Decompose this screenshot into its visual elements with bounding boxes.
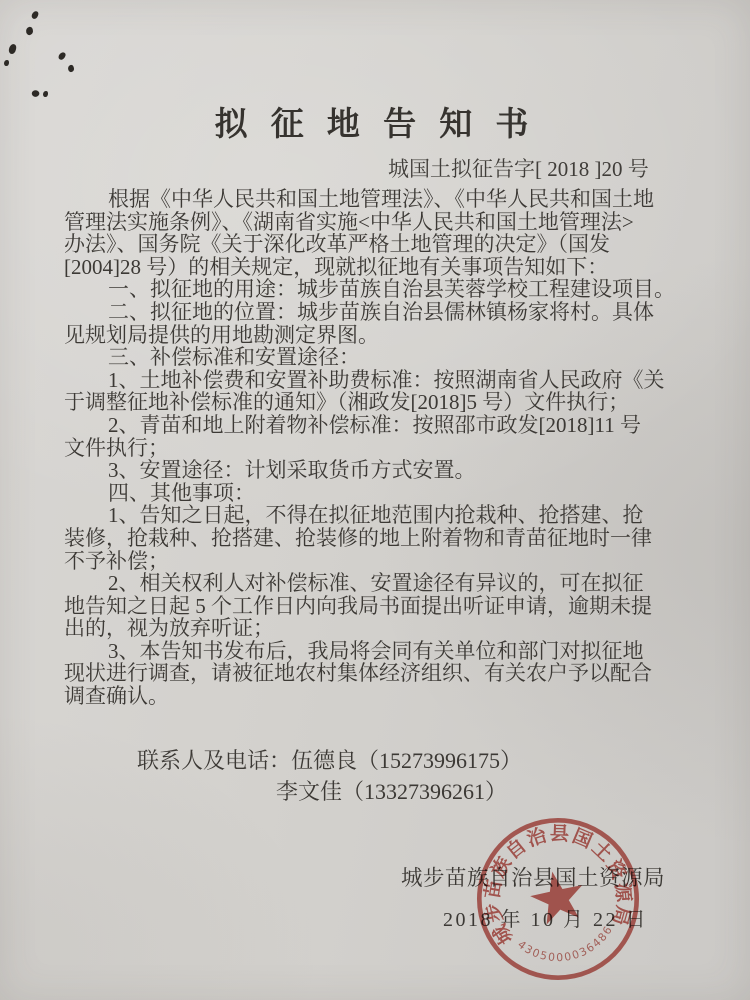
ink-mark — [31, 89, 41, 99]
body-line: 装修，抢栽种、抢搭建、抢装修的地上附着物和青苗征地时一律 — [64, 527, 704, 550]
body-line: 文件执行； — [64, 437, 704, 460]
body-line: 调查确认。 — [64, 685, 704, 708]
body-line: 地告知之日起 5 个工作日内向我局书面提出听证申请，逾期未提 — [64, 595, 704, 618]
body-line: 见规划局提供的用地勘测定界图。 — [64, 324, 704, 347]
ink-mark — [67, 64, 75, 73]
body-line: 3、本告知书发布后，我局将会同有关单位和部门对拟征地 — [64, 640, 704, 663]
body-line: 根据《中华人民共和国土地管理法》、《中华人民共和国土地 — [64, 188, 704, 211]
body-line: 四、其他事项： — [64, 482, 704, 505]
document-page: 拟 征 地 告 知 书 城国土拟征告字[ 2018 ]20 号 根据《中华人民共… — [0, 0, 750, 1000]
ink-mark — [4, 60, 9, 66]
ink-mark — [57, 51, 66, 61]
body-line: 办法》、国务院《关于深化改革严格土地管理的决定》（国发 — [64, 233, 704, 256]
body-line: 1、土地补偿费和安置补助费标准：按照湖南省人民政府《关 — [64, 369, 704, 392]
seal-star-icon — [526, 866, 589, 926]
body-line: 于调整征地补偿标准的通知》（湘政发[2018]5 号）文件执行； — [64, 391, 704, 414]
body-line: 2、青苗和地上附着物补偿标准：按照邵市政发[2018]11 号 — [64, 414, 704, 437]
body-line: 出的，视为放弃听证； — [64, 617, 704, 640]
document-number: 城国土拟征告字[ 2018 ]20 号 — [388, 153, 649, 183]
body-line: 一、拟征地的用途：城步苗族自治县芙蓉学校工程建设项目。 — [64, 278, 704, 301]
document-title: 拟 征 地 告 知 书 — [0, 98, 750, 145]
ink-mark — [31, 10, 39, 20]
ink-mark — [43, 91, 48, 97]
official-seal-stamp: 城步苗族自治县国土资源局 4305000036486 — [454, 795, 663, 1000]
body-line: 1、告知之日起，不得在拟征地范围内抢栽种、抢搭建、抢 — [64, 504, 704, 527]
contact-line-1: 联系人及电话：伍德良（15273996175） — [137, 744, 522, 775]
body-line: 二、拟征地的位置：城步苗族自治县儒林镇杨家将村。具体 — [64, 301, 704, 324]
contact-line-2: 李文佳（13327396261） — [276, 775, 507, 806]
body-line: 现状进行调查，请被征地农村集体经济组织、有关农户予以配合 — [64, 662, 704, 685]
body-line: 管理法实施条例》、《湖南省实施<中华人民共和国土地管理法> — [64, 211, 704, 234]
body-line: 3、安置途径：计划采取货币方式安置。 — [64, 459, 704, 482]
body-line: 2、相关权利人对补偿标准、安置途径有异议的，可在拟征 — [64, 572, 704, 595]
body-line: [2004]28 号）的相关规定，现就拟征地有关事项告知如下： — [64, 256, 704, 279]
document-body: 根据《中华人民共和国土地管理法》、《中华人民共和国土地管理法实施条例》、《湖南省… — [64, 188, 704, 708]
ink-mark — [25, 26, 34, 36]
ink-mark — [8, 43, 17, 54]
body-line: 三、补偿标准和安置途径： — [64, 346, 704, 369]
body-line: 不予补偿； — [64, 550, 704, 573]
